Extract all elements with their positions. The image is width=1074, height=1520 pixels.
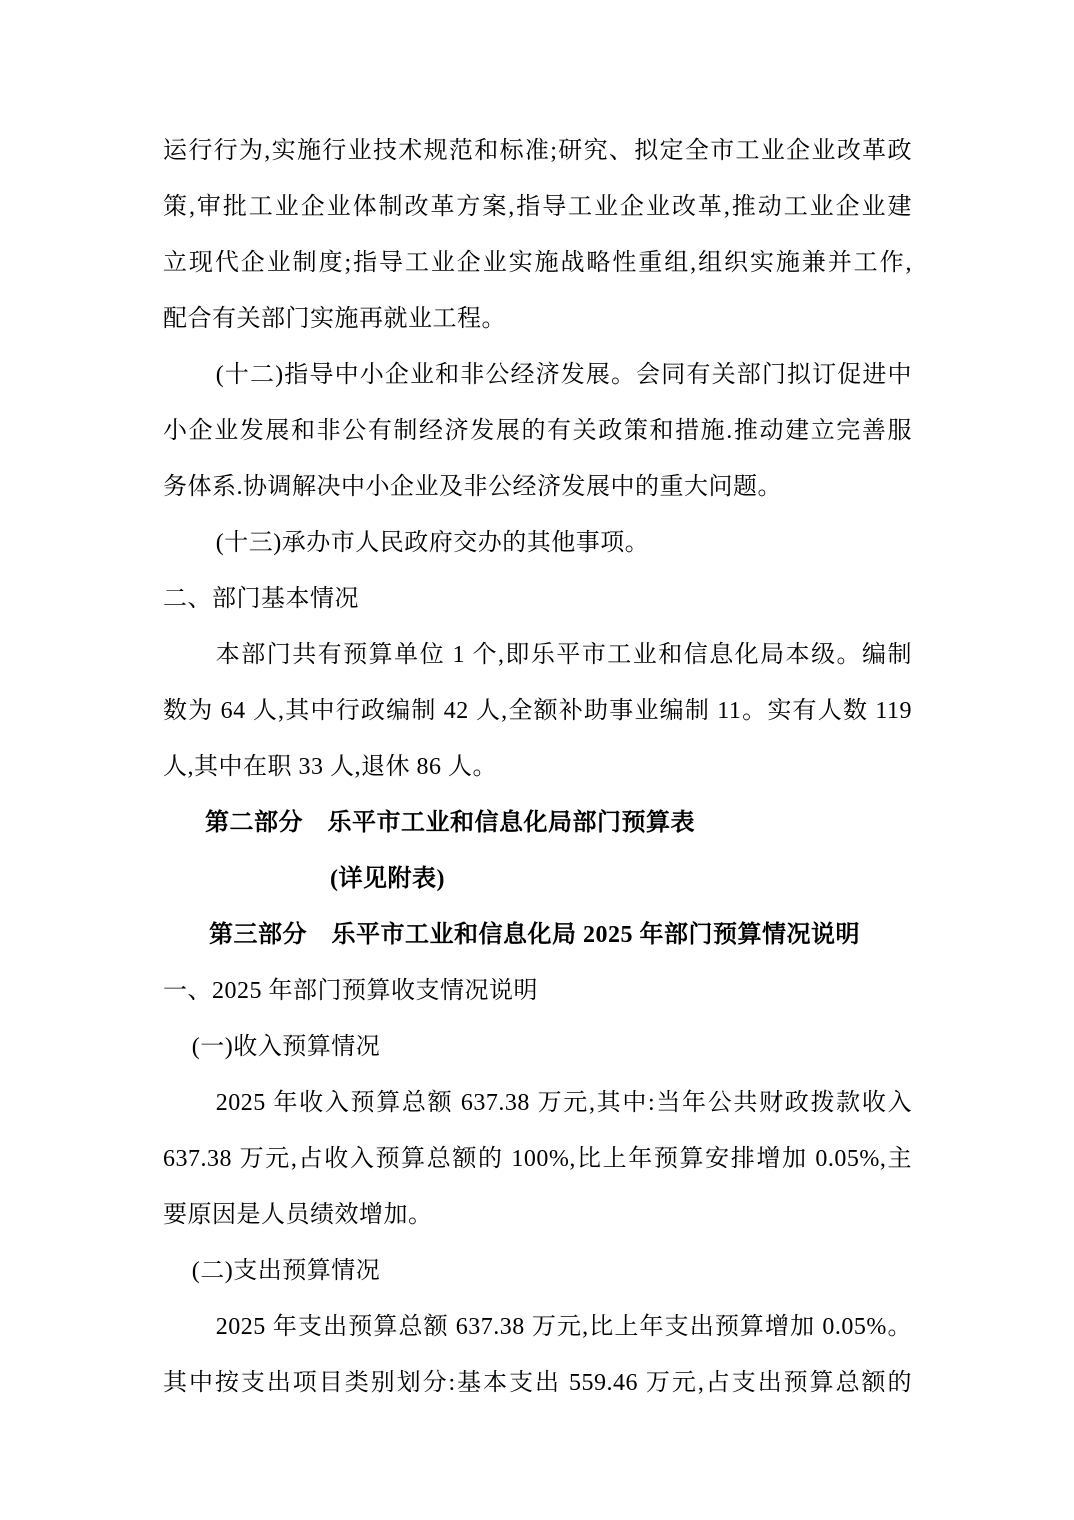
document-line: 策,审批工业企业体制改革方案,指导工业企业改革,推动工业企业建 <box>163 179 912 235</box>
document-line: (十二)指导中小企业和非公经济发展。会同有关部门拟订促进中 <box>163 347 912 403</box>
document-line: 其中按支出项目类别划分:基本支出 559.46 万元,占支出预算总额的 <box>163 1355 912 1411</box>
document-line: (详见附表) <box>163 851 912 907</box>
document-line: 一、2025 年部门预算收支情况说明 <box>163 963 912 1019</box>
document-body: 运行行为,实施行业技术规范和标准;研究、拟定全市工业企业改革政策,审批工业企业体… <box>163 123 912 1411</box>
document-line: 小企业发展和非公有制经济发展的有关政策和措施.推动建立完善服 <box>163 403 912 459</box>
document-line: (二)支出预算情况 <box>163 1243 912 1299</box>
document-line: 637.38 万元,占收入预算总额的 100%,比上年预算安排增加 0.05%,… <box>163 1131 912 1187</box>
document-line: 数为 64 人,其中行政编制 42 人,全额补助事业编制 11。实有人数 119 <box>163 683 912 739</box>
document-line: 二、部门基本情况 <box>163 571 912 627</box>
document-line: 第三部分 乐平市工业和信息化局 2025 年部门预算情况说明 <box>163 907 912 963</box>
document-line: (十三)承办市人民政府交办的其他事项。 <box>163 515 912 571</box>
document-line: 要原因是人员绩效增加。 <box>163 1187 912 1243</box>
document-line: 配合有关部门实施再就业工程。 <box>163 291 912 347</box>
document-line: 2025 年支出预算总额 637.38 万元,比上年支出预算增加 0.05%。 <box>163 1299 912 1355</box>
document-line: 本部门共有预算单位 1 个,即乐平市工业和信息化局本级。编制 <box>163 627 912 683</box>
document-line: 立现代企业制度;指导工业企业实施战略性重组,组织实施兼并工作, <box>163 235 912 291</box>
document-line: 运行行为,实施行业技术规范和标准;研究、拟定全市工业企业改革政 <box>163 123 912 179</box>
document-line: 人,其中在职 33 人,退休 86 人。 <box>163 739 912 795</box>
document-line: (一)收入预算情况 <box>163 1019 912 1075</box>
document-line: 第二部分 乐平市工业和信息化局部门预算表 <box>163 795 912 851</box>
document-line: 2025 年收入预算总额 637.38 万元,其中:当年公共财政拨款收入 <box>163 1075 912 1131</box>
document-page: 运行行为,实施行业技术规范和标准;研究、拟定全市工业企业改革政策,审批工业企业体… <box>0 0 1074 1520</box>
document-line: 务体系.协调解决中小企业及非公经济发展中的重大问题。 <box>163 459 912 515</box>
